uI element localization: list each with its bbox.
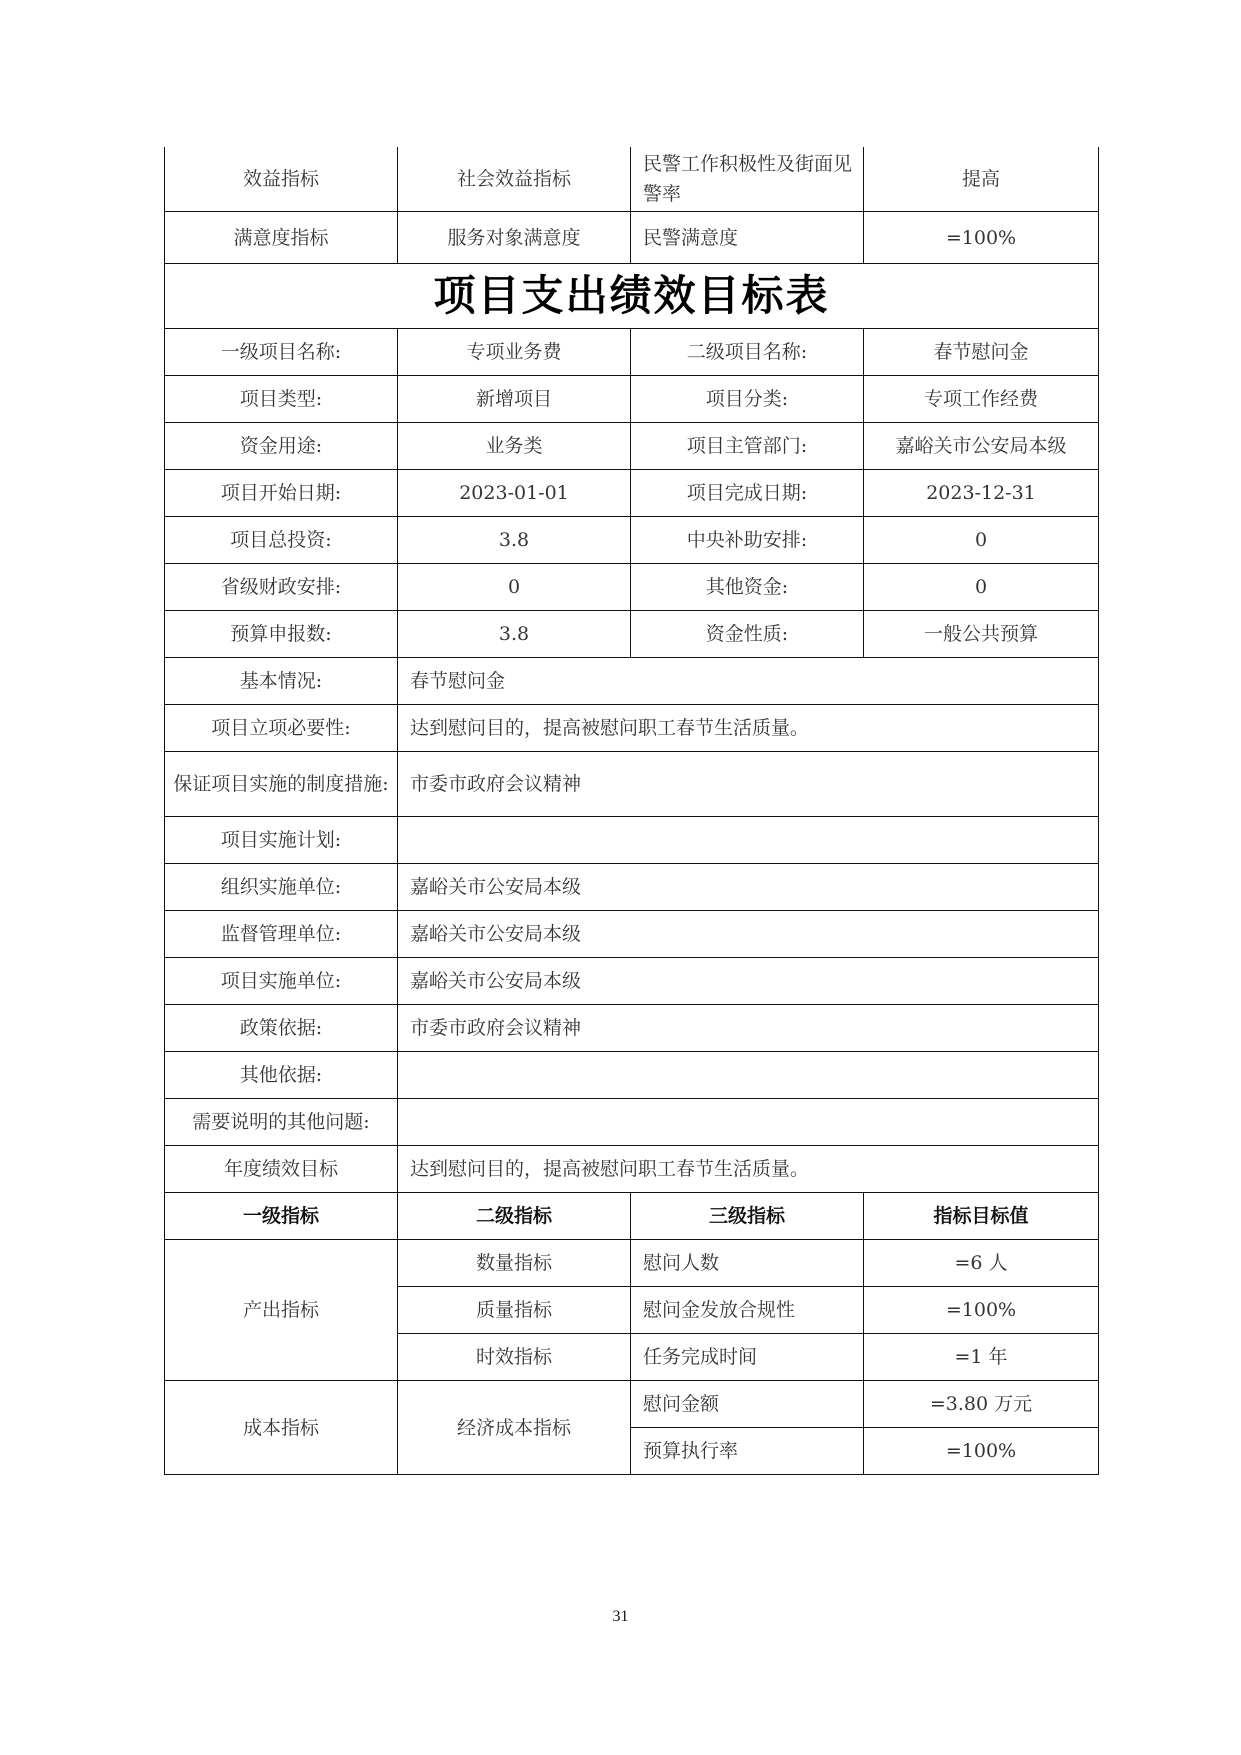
info-label: 组织实施单位: [165, 864, 398, 911]
info-value: 市委市政府会议精神 [398, 752, 1099, 817]
info-row: 保证项目实施的制度措施: 市委市政府会议精神 [165, 752, 1099, 817]
info-value: 春节慰问金 [864, 329, 1099, 376]
target-cell: =1 年 [864, 1334, 1099, 1381]
level3-cell: 任务完成时间 [631, 1334, 864, 1381]
page-number: 31 [0, 1608, 1241, 1626]
info-label: 其他依据: [165, 1052, 398, 1099]
info-value: 0 [864, 564, 1099, 611]
level2-cell: 质量指标 [398, 1287, 631, 1334]
info-row: 年度绩效目标 达到慰问目的，提高被慰问职工春节生活质量。 [165, 1146, 1099, 1193]
level1-cell: 效益指标 [165, 147, 398, 212]
level3-cell: 慰问人数 [631, 1240, 864, 1287]
info-label: 项目开始日期: [165, 470, 398, 517]
level3-cell: 慰问金发放合规性 [631, 1287, 864, 1334]
info-label: 其他资金: [631, 564, 864, 611]
info-label: 政策依据: [165, 1005, 398, 1052]
info-value: 嘉峪关市公安局本级 [398, 864, 1099, 911]
info-value: 嘉峪关市公安局本级 [398, 958, 1099, 1005]
info-row: 需要说明的其他问题: [165, 1099, 1099, 1146]
info-value: 新增项目 [398, 376, 631, 423]
info-value: 2023-01-01 [398, 470, 631, 517]
info-row: 监督管理单位: 嘉峪关市公安局本级 [165, 911, 1099, 958]
level1-cell: 满意度指标 [165, 212, 398, 264]
level3-cell: 慰问金额 [631, 1381, 864, 1428]
target-cell: =100% [864, 1287, 1099, 1334]
level2-cell: 社会效益指标 [398, 147, 631, 212]
level2-cell: 服务对象满意度 [398, 212, 631, 264]
info-pair-row: 省级财政安排: 0 其他资金: 0 [165, 564, 1099, 611]
info-row: 组织实施单位: 嘉峪关市公安局本级 [165, 864, 1099, 911]
prev-indicator-row: 效益指标 社会效益指标 民警工作积极性及街面见警率 提高 [165, 147, 1099, 212]
info-value: 专项业务费 [398, 329, 631, 376]
info-label: 年度绩效目标 [165, 1146, 398, 1193]
info-label: 监督管理单位: [165, 911, 398, 958]
info-label: 基本情况: [165, 658, 398, 705]
info-label: 一级项目名称: [165, 329, 398, 376]
info-pair-row: 项目开始日期: 2023-01-01 项目完成日期: 2023-12-31 [165, 470, 1099, 517]
info-value: 0 [398, 564, 631, 611]
info-pair-row: 预算申报数: 3.8 资金性质: 一般公共预算 [165, 611, 1099, 658]
info-value: 业务类 [398, 423, 631, 470]
header-level1: 一级指标 [165, 1193, 398, 1240]
target-cell: =100% [864, 212, 1099, 264]
info-label: 中央补助安排: [631, 517, 864, 564]
title-row: 项目支出绩效目标表 [165, 264, 1099, 329]
info-value [398, 1099, 1099, 1146]
info-label: 项目主管部门: [631, 423, 864, 470]
info-label: 项目实施计划: [165, 817, 398, 864]
info-value [398, 1052, 1099, 1099]
performance-target-table: 效益指标 社会效益指标 民警工作积极性及街面见警率 提高 满意度指标 服务对象满… [164, 147, 1099, 1475]
info-pair-row: 项目类型: 新增项目 项目分类: 专项工作经费 [165, 376, 1099, 423]
info-value [398, 817, 1099, 864]
info-value: 春节慰问金 [398, 658, 1099, 705]
info-label: 项目类型: [165, 376, 398, 423]
info-pair-row: 一级项目名称: 专项业务费 二级项目名称: 春节慰问金 [165, 329, 1099, 376]
info-row: 项目立项必要性: 达到慰问目的，提高被慰问职工春节生活质量。 [165, 705, 1099, 752]
info-label: 资金用途: [165, 423, 398, 470]
level3-cell: 民警工作积极性及街面见警率 [631, 147, 864, 212]
info-label: 项目完成日期: [631, 470, 864, 517]
target-cell: 提高 [864, 147, 1099, 212]
header-target: 指标目标值 [864, 1193, 1099, 1240]
level1-cell: 产出指标 [165, 1240, 398, 1381]
info-value: 专项工作经费 [864, 376, 1099, 423]
indicator-header-row: 一级指标 二级指标 三级指标 指标目标值 [165, 1193, 1099, 1240]
info-label: 预算申报数: [165, 611, 398, 658]
info-row: 项目实施单位: 嘉峪关市公安局本级 [165, 958, 1099, 1005]
info-label: 项目分类: [631, 376, 864, 423]
level2-cell: 数量指标 [398, 1240, 631, 1287]
indicator-row: 成本指标 经济成本指标 慰问金额 =3.80 万元 [165, 1381, 1099, 1428]
info-value: 3.8 [398, 517, 631, 564]
target-cell: =6 人 [864, 1240, 1099, 1287]
info-value: 达到慰问目的，提高被慰问职工春节生活质量。 [398, 705, 1099, 752]
info-value: 嘉峪关市公安局本级 [864, 423, 1099, 470]
info-row: 其他依据: [165, 1052, 1099, 1099]
table-title: 项目支出绩效目标表 [165, 264, 1099, 329]
level3-cell: 预算执行率 [631, 1428, 864, 1475]
info-row: 项目实施计划: [165, 817, 1099, 864]
info-value: 达到慰问目的，提高被慰问职工春节生活质量。 [398, 1146, 1099, 1193]
target-cell: =3.80 万元 [864, 1381, 1099, 1428]
info-label: 资金性质: [631, 611, 864, 658]
info-value: 3.8 [398, 611, 631, 658]
target-cell: =100% [864, 1428, 1099, 1475]
info-label: 项目立项必要性: [165, 705, 398, 752]
info-label: 项目实施单位: [165, 958, 398, 1005]
info-value: 嘉峪关市公安局本级 [398, 911, 1099, 958]
info-label: 二级项目名称: [631, 329, 864, 376]
level3-cell: 民警满意度 [631, 212, 864, 264]
level2-cell: 经济成本指标 [398, 1381, 631, 1475]
prev-indicator-row: 满意度指标 服务对象满意度 民警满意度 =100% [165, 212, 1099, 264]
info-label: 项目总投资: [165, 517, 398, 564]
info-value: 0 [864, 517, 1099, 564]
header-level2: 二级指标 [398, 1193, 631, 1240]
info-pair-row: 项目总投资: 3.8 中央补助安排: 0 [165, 517, 1099, 564]
info-label: 需要说明的其他问题: [165, 1099, 398, 1146]
header-level3: 三级指标 [631, 1193, 864, 1240]
info-value: 市委市政府会议精神 [398, 1005, 1099, 1052]
level2-cell: 时效指标 [398, 1334, 631, 1381]
indicator-row: 产出指标 数量指标 慰问人数 =6 人 [165, 1240, 1099, 1287]
info-row: 政策依据: 市委市政府会议精神 [165, 1005, 1099, 1052]
info-label: 省级财政安排: [165, 564, 398, 611]
info-pair-row: 资金用途: 业务类 项目主管部门: 嘉峪关市公安局本级 [165, 423, 1099, 470]
info-value: 一般公共预算 [864, 611, 1099, 658]
info-row: 基本情况: 春节慰问金 [165, 658, 1099, 705]
info-label: 保证项目实施的制度措施: [165, 752, 398, 817]
level1-cell: 成本指标 [165, 1381, 398, 1475]
info-value: 2023-12-31 [864, 470, 1099, 517]
